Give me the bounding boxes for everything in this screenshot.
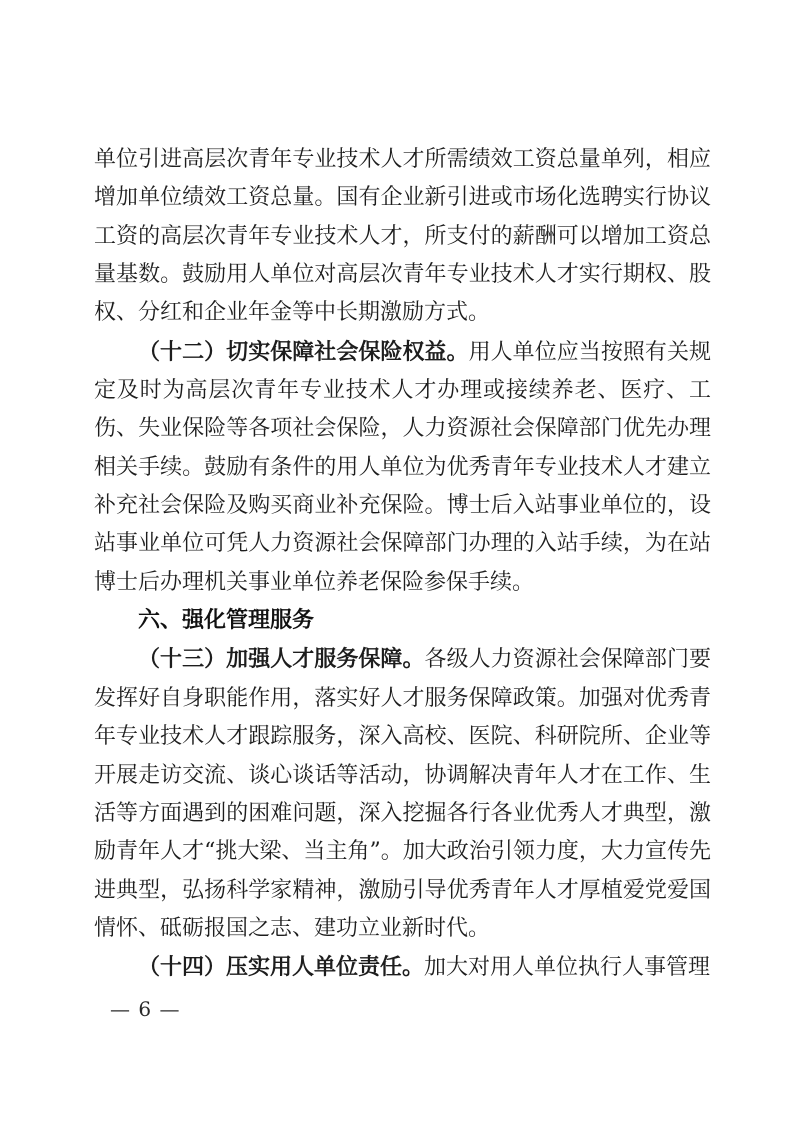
paragraph-item-12: （十二）切实保障社会保险权益。用人单位应当按照有关规定及时为高层次青年专业技术人… (94, 333, 711, 602)
document-page: 单位引进高层次青年专业技术人才所需绩效工资总量单列，相应增加单位绩效工资总量。国… (0, 0, 793, 1122)
page-number: — 6 — (110, 997, 180, 1021)
paragraph-text: 各级人力资源社会保障部门要发挥好自身职能作用，落实好人才服务保障政策。加强对优秀… (94, 647, 711, 940)
section-heading-6: 六、强化管理服务 (94, 602, 711, 640)
paragraph-item-13: （十三）加强人才服务保障。各级人力资源社会保障部门要发挥好自身职能作用，落实好人… (94, 640, 711, 948)
document-body: 单位引进高层次青年专业技术人才所需绩效工资总量单列，相应增加单位绩效工资总量。国… (94, 141, 711, 988)
paragraph-item-14: （十四）压实用人单位责任。加大对用人单位执行人事管理 (94, 948, 711, 987)
paragraph-lead: （十四）压实用人单位责任。 (138, 954, 424, 980)
paragraph-text: 单位引进高层次青年专业技术人才所需绩效工资总量单列，相应增加单位绩效工资总量。国… (94, 147, 711, 325)
paragraph-text: 加大对用人单位执行人事管理 (424, 955, 710, 980)
paragraph-lead: （十二）切实保障社会保险权益。 (138, 339, 469, 365)
paragraph-continuation: 单位引进高层次青年专业技术人才所需绩效工资总量单列，相应增加单位绩效工资总量。国… (94, 141, 711, 333)
paragraph-lead: （十三）加强人才服务保障。 (138, 646, 425, 672)
paragraph-text: 用人单位应当按照有关规定及时为高层次青年专业技术人才办理或接续养老、医疗、工伤、… (94, 340, 711, 595)
